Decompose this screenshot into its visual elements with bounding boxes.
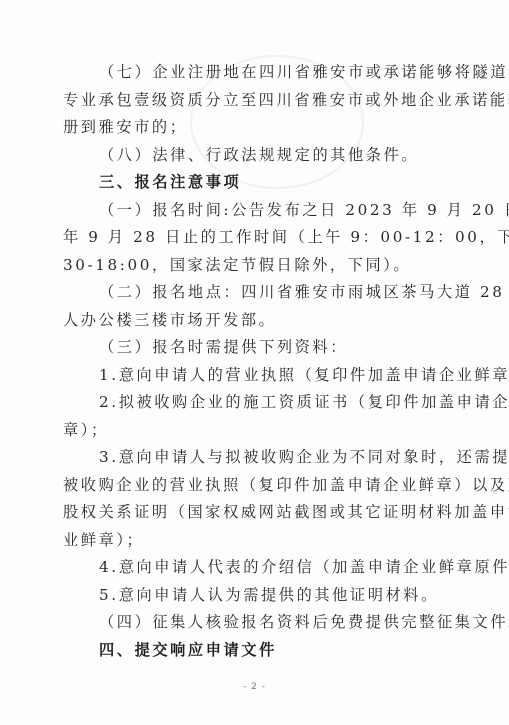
paragraph-line: （七）企业注册地在四川省雅安市或承诺能够将隧道工程	[63, 59, 459, 87]
list-item: 4.意向申请人代表的介绍信（加盖申请企业鲜章原件）。	[63, 554, 459, 582]
section-heading: 四、提交响应申请文件	[63, 637, 459, 665]
list-item: 3.意向申请人与拟被收购企业为不同对象时，还需提供拟	[63, 444, 459, 472]
document-body: （七）企业注册地在四川省雅安市或承诺能够将隧道工程 专业承包壹级资质分立至四川省…	[63, 59, 459, 664]
paragraph-line: 章）；	[63, 417, 459, 445]
paragraph-line: 人办公楼三楼市场开发部。	[63, 307, 459, 335]
paragraph-line: （四）征集人核验报名资料后免费提供完整征集文件。	[63, 609, 459, 637]
paragraph-line: （二）报名地点：四川省雅安市雨城区茶马大道 28 号征集	[63, 279, 459, 307]
paragraph-line: （一）报名时间:公告发布之日 2023 年 9 月 20 日起至 2023	[63, 197, 459, 225]
paragraph-line: 年 9 月 28 日止的工作时间（上午 9：00-12：00，下午 14：	[63, 224, 459, 252]
paragraph-line: （八）法律、行政法规规定的其他条件。	[63, 142, 459, 170]
paragraph-line: 业鲜章）；	[63, 527, 459, 555]
list-item: 5.意向申请人认为需提供的其他证明材料。	[63, 582, 459, 610]
section-heading: 三、报名注意事项	[63, 169, 459, 197]
page-number: - 2 -	[0, 682, 509, 692]
paragraph-line: 专业承包壹级资质分立至四川省雅安市或外地企业承诺能转注	[63, 87, 459, 115]
paragraph-line: 30-18:00，国家法定节假日除外，下同）。	[63, 252, 459, 280]
paragraph-line: （三）报名时需提供下列资料：	[63, 334, 459, 362]
document-page: （七）企业注册地在四川省雅安市或承诺能够将隧道工程 专业承包壹级资质分立至四川省…	[0, 0, 509, 725]
paragraph-line: 被收购企业的营业执照（复印件加盖申请企业鲜章）以及双方	[63, 472, 459, 500]
list-item: 1.意向申请人的营业执照（复印件加盖申请企业鲜章）；	[63, 362, 459, 390]
paragraph-line: 册到雅安市的；	[63, 114, 459, 142]
list-item: 2.拟被收购企业的施工资质证书（复印件加盖申请企业鲜	[63, 389, 459, 417]
paragraph-line: 股权关系证明（国家权威网站截图或其它证明材料加盖申请企	[63, 499, 459, 527]
